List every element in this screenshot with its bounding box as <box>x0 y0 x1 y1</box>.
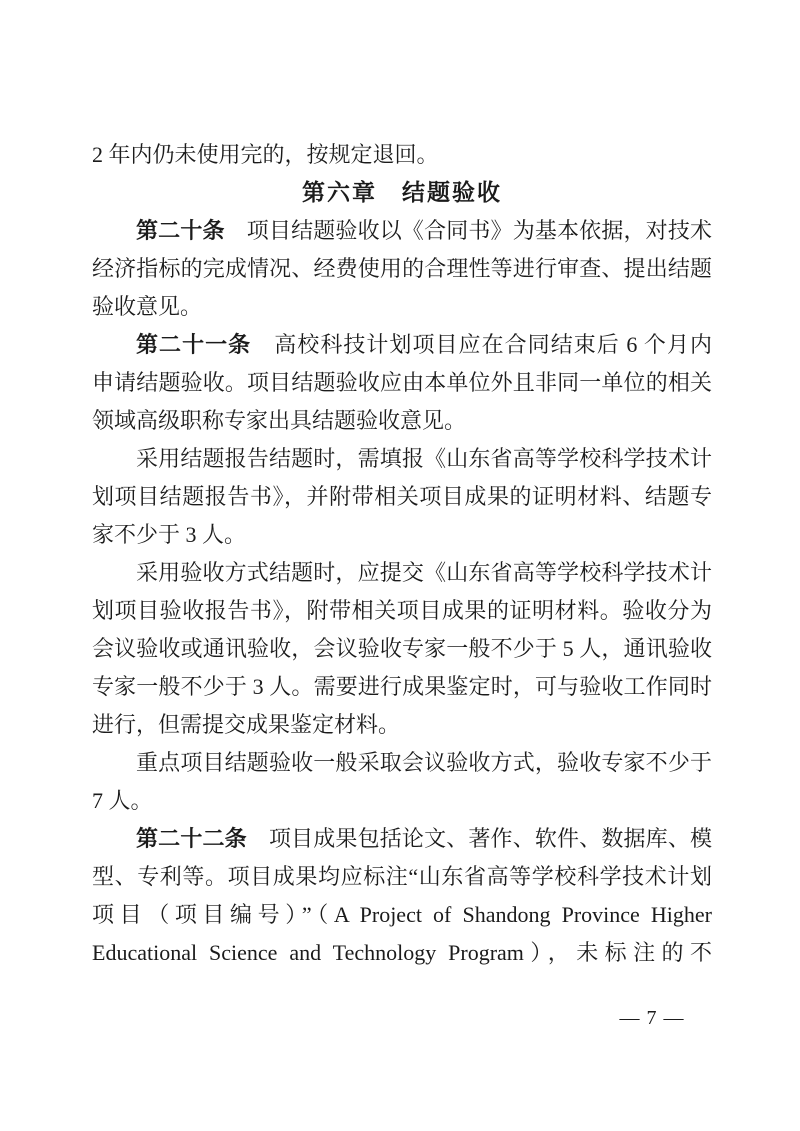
text-line: 重点项目结题验收一般采取会议验收方式，验收专家不少于 <box>92 744 712 782</box>
line-text: 2 年内仍未使用完的，按规定退回。 <box>92 142 439 167</box>
text-line: 第二十一条 高校科技计划项目应在合同结束后 6 个月内 <box>92 326 712 364</box>
text-line: 型、专利等。项目成果均应标注“山东省高等学校科学技术计划 <box>92 858 712 896</box>
line-text: 采用结题报告结题时，需填报《山东省高等学校科学技术计 <box>136 446 712 471</box>
line-text: 经济指标的完成情况、经费使用的合理性等进行审查、提出结题 <box>92 256 712 281</box>
line-text: 专家一般不少于 3 人。需要进行成果鉴定时，可与验收工作同时 <box>92 674 712 699</box>
text-line: 经济指标的完成情况、经费使用的合理性等进行审查、提出结题 <box>92 250 712 288</box>
text-line: 第二十条 项目结题验收以《合同书》为基本依据，对技术 <box>92 212 712 250</box>
text-line: Educational Science and Technology Progr… <box>92 934 712 972</box>
text-line: 划项目验收报告书》，附带相关项目成果的证明材料。验收分为 <box>92 592 712 630</box>
text-line: 验收意见。 <box>92 288 712 326</box>
article-number: 第二十二条 <box>136 826 247 851</box>
line-text: 7 人。 <box>92 788 153 813</box>
text-line: 申请结题验收。项目结题验收应由本单位外且非同一单位的相关 <box>92 364 712 402</box>
text-line: 采用结题报告结题时，需填报《山东省高等学校科学技术计 <box>92 440 712 478</box>
line-text: 划项目结题报告书》，并附带相关项目成果的证明材料、结题专 <box>92 484 712 509</box>
article-number: 第二十一条 <box>136 332 251 357</box>
text-line: 会议验收或通讯验收，会议验收专家一般不少于 5 人，通讯验收 <box>92 630 712 668</box>
text-line: 采用验收方式结题时，应提交《山东省高等学校科学技术计 <box>92 554 712 592</box>
text-line: 专家一般不少于 3 人。需要进行成果鉴定时，可与验收工作同时 <box>92 668 712 706</box>
line-text: 申请结题验收。项目结题验收应由本单位外且非同一单位的相关 <box>92 370 712 395</box>
text-line: 家不少于 3 人。 <box>92 516 712 554</box>
line-text: 项目成果包括论文、著作、软件、数据库、模 <box>247 826 712 851</box>
text-line: 7 人。 <box>92 782 712 820</box>
line-text: 家不少于 3 人。 <box>92 522 246 547</box>
line-text: 项目（项目编号）”（A Project of Shandong Province… <box>92 902 712 927</box>
chapter-heading-text: 第六章 结题验收 <box>302 180 502 205</box>
page-number: — 7 — <box>607 1004 697 1032</box>
chapter-heading: 第六章 结题验收 <box>92 174 712 212</box>
line-text: 采用验收方式结题时，应提交《山东省高等学校科学技术计 <box>136 560 712 585</box>
text-line: 领域高级职称专家出具结题验收意见。 <box>92 402 712 440</box>
line-text: 型、专利等。项目成果均应标注“山东省高等学校科学技术计划 <box>92 864 712 889</box>
line-text: 会议验收或通讯验收，会议验收专家一般不少于 5 人，通讯验收 <box>92 636 712 661</box>
line-text: Educational Science and Technology Progr… <box>92 940 712 965</box>
text-line: 第二十二条 项目成果包括论文、著作、软件、数据库、模 <box>92 820 712 858</box>
article-number: 第二十条 <box>136 218 225 243</box>
text-line: 2 年内仍未使用完的，按规定退回。 <box>92 136 712 174</box>
line-text: 验收意见。 <box>92 294 202 319</box>
text-line: 项目（项目编号）”（A Project of Shandong Province… <box>92 896 712 934</box>
line-text: 高校科技计划项目应在合同结束后 6 个月内 <box>251 332 712 357</box>
text-line: 划项目结题报告书》，并附带相关项目成果的证明材料、结题专 <box>92 478 712 516</box>
line-text: 重点项目结题验收一般采取会议验收方式，验收专家不少于 <box>136 750 712 775</box>
line-text: 领域高级职称专家出具结题验收意见。 <box>92 408 466 433</box>
line-text: 划项目验收报告书》，附带相关项目成果的证明材料。验收分为 <box>92 598 712 623</box>
line-text: 进行，但需提交成果鉴定材料。 <box>92 712 400 737</box>
document-body: 2 年内仍未使用完的，按规定退回。 第六章 结题验收 第二十条 项目结题验收以《… <box>92 136 712 972</box>
text-line: 进行，但需提交成果鉴定材料。 <box>92 706 712 744</box>
document-page: 2 年内仍未使用完的，按规定退回。 第六章 结题验收 第二十条 项目结题验收以《… <box>0 0 800 1131</box>
line-text: 项目结题验收以《合同书》为基本依据，对技术 <box>225 218 712 243</box>
